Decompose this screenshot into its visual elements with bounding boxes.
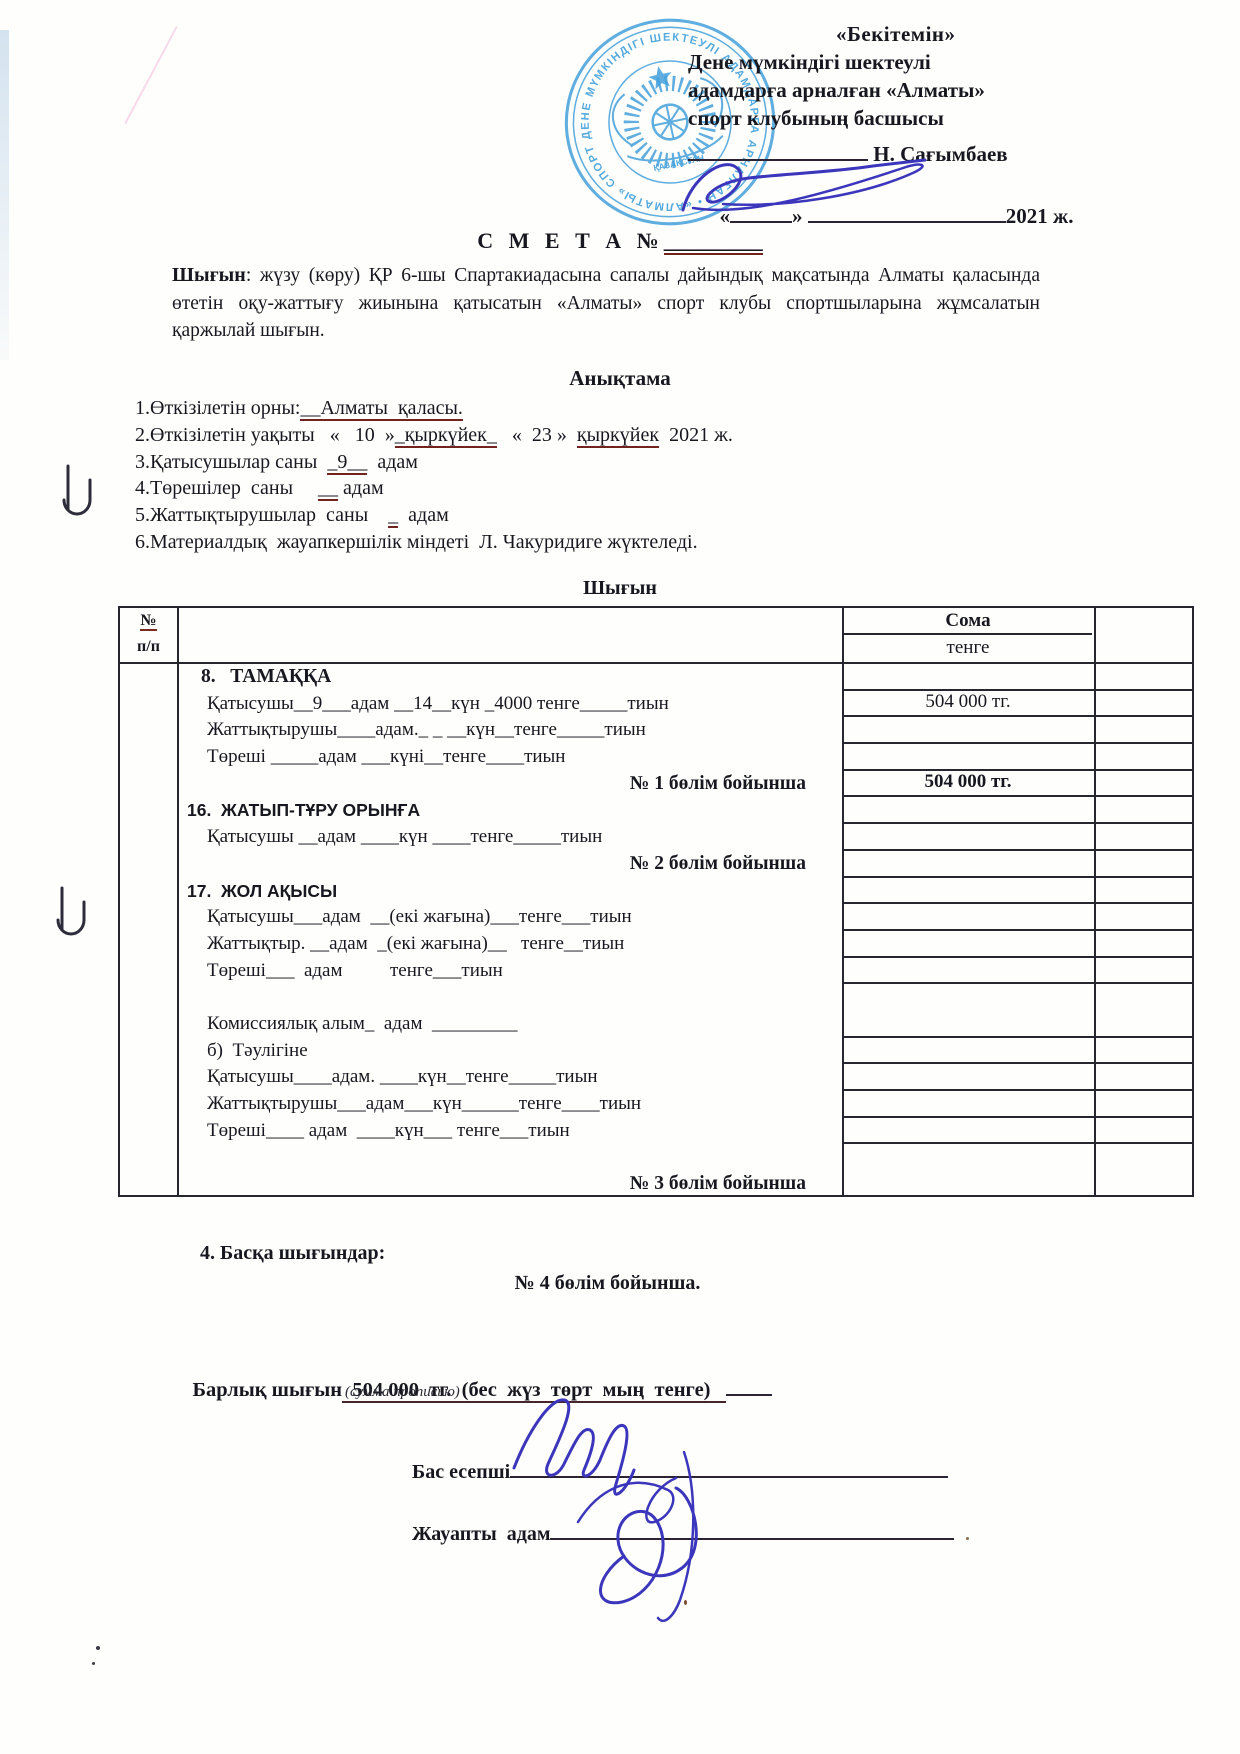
sum-cell [842, 664, 1192, 691]
sum-cell [842, 851, 1192, 878]
ref-item-tail: адам [398, 504, 449, 526]
ref-item-label: 3.Қатысушылар саны [135, 451, 327, 473]
approval-org-line3: спорт клубының басшысы [688, 104, 1168, 132]
ref-item-value: қыркүйек [577, 424, 659, 448]
num-header-line2: п/п [120, 634, 177, 660]
approval-label: «Бекітемін» [836, 20, 1168, 48]
total-label: Барлық шығын [193, 1379, 343, 1401]
chief-accountant-blank [510, 1455, 948, 1478]
table-row: Қатысушы__9___адам __14__күн _4000 тенге… [179, 691, 840, 718]
table-row: Жаттықтырушы___адам___күн______тенге____… [179, 1091, 840, 1118]
reference-heading: Анықтама [0, 366, 1240, 391]
total-trailing-blank [726, 1373, 772, 1396]
total-line: Барлық шығын 504 000 тг. (бес жүз төрт м… [172, 1350, 772, 1425]
column-header-num: № п/п [120, 608, 177, 662]
approval-signature-line: Н. Сағымбаев [688, 138, 1168, 168]
sum-cell [842, 984, 1192, 1011]
intro-lead: Шығын [172, 264, 246, 286]
sum-cell [842, 824, 1192, 851]
ref-item-judges: 4.Төрешілер саны __ адам [135, 475, 733, 502]
table-row: Төреші _____адам ___күні__тенге____тиын [179, 744, 840, 771]
ref-item-venue: 1.Өткізілетін орны:__Алматы қаласы. [135, 395, 733, 422]
title-text: С М Е Т А № [477, 228, 664, 253]
table-row: Қатысушы __адам ____күн ____тенге_____ти… [179, 824, 840, 851]
ref-item-value: __Алматы қаласы. [300, 397, 462, 421]
table-row: 17. ЖОЛ АҚЫСЫ [179, 878, 840, 905]
date-day-blank [730, 200, 792, 223]
table-row-blank [179, 1144, 840, 1171]
table-row: Төреші____ адам ____күн___ тенге___тиын [179, 1118, 840, 1145]
section4-total-label: № 4 бөлім бойынша. [0, 1272, 1215, 1295]
table-row: б) Тәулігіне [179, 1038, 840, 1065]
sum-column-grid [842, 664, 1192, 1198]
responsible-person-line: Жауапты адам [392, 1494, 954, 1569]
sum-cell [842, 1091, 1192, 1118]
total-note: (сумма прописью) [345, 1384, 460, 1401]
document-title: С М Е Т А №_________ [0, 228, 1240, 254]
approval-org-line1: Дене мүмкіндігі шектеулі [688, 48, 1168, 76]
sum-cell [842, 1144, 1192, 1171]
sum-header-label: Сома [844, 608, 1092, 635]
table-row: Қатысушы___адам __(екі жағына)___тенге__… [179, 904, 840, 931]
table-row-blank [179, 984, 840, 1011]
scan-speck [966, 1537, 969, 1540]
sum-cell [842, 904, 1192, 931]
scan-edge-artifact [0, 30, 9, 360]
reference-list: 1.Өткізілетін орны:__Алматы қаласы. 2.Өт… [135, 395, 733, 556]
table-row: Жаттықтыр. __адам _(екі жағына)__ тенге_… [179, 931, 840, 958]
column-header-sum: Сома тенге [844, 608, 1192, 662]
ref-item-label: 5.Жаттықтырушылар саны [135, 504, 388, 526]
responsible-label: Жауапты адам [412, 1523, 550, 1545]
intro-paragraph: Шығын: жүзу (көру) ҚР 6-шы Спартакиадасы… [172, 262, 1040, 345]
ref-item-label: 1.Өткізілетін орны: [135, 397, 300, 419]
num-header-line1: № [140, 612, 156, 631]
ref-item-value: _9__ [327, 451, 367, 475]
ref-item-dates: 2.Өткізілетін уақыты « 10 »_қыркүйек_ « … [135, 422, 733, 449]
table-row: Комиссиялық алым_ адам _________ [179, 1011, 840, 1038]
sum-cell [842, 1038, 1192, 1065]
title-number-blank: _________ [664, 228, 763, 255]
sum-cell [842, 1171, 1192, 1198]
sum-unit-label: тенге [844, 635, 1092, 662]
table-row: Жаттықтырушы____адам._ _ __күн__тенге___… [179, 717, 840, 744]
ref-item-value: _ [388, 504, 398, 528]
date-close-quote: » [792, 204, 803, 228]
ref-item-value: __ [318, 477, 338, 501]
table-row-section-total: № 2 бөлім бойынша [179, 851, 840, 878]
ref-item-tail: 2021 ж. [659, 424, 733, 446]
scan-speck [92, 1662, 95, 1665]
ref-item-responsibility: 6.Материалдық жауапкершілік міндеті Л. Ч… [135, 529, 733, 556]
sum-cell [842, 931, 1192, 958]
sum-cell [842, 1011, 1192, 1038]
sum-food-value: 504 000 тг. [842, 689, 1094, 715]
ref-item-value: _қыркүйек_ [395, 424, 497, 448]
sum-section1-value: 504 000 тг. [842, 769, 1094, 795]
sum-cell [842, 797, 1192, 824]
scan-speck [96, 1646, 100, 1650]
expense-table: № п/п Сома тенге 8. ТАМАҚҚА Қатысушы__9_… [118, 606, 1194, 1197]
table-row: 16. ЖАТЫП-ТҰРУ ОРЫНҒА [179, 797, 840, 824]
table-row-section-total: № 1 бөлім бойынша [179, 771, 840, 798]
margin-pen-mark [52, 884, 98, 946]
sum-cell [842, 717, 1192, 744]
ref-item-tail: адам [367, 451, 418, 473]
scanned-smeta-document: ДЕНЕ МҮМКІНДІГІ ШЕКТЕУЛІ АДАМДАРҒА АРНАЛ… [0, 0, 1240, 1754]
table-row: Төреші___ адам тенге___тиын [179, 958, 840, 985]
approval-block: «Бекітемін» Дене мүмкіндігі шектеулі ада… [688, 20, 1168, 258]
ref-item-mid: « 23 » [497, 424, 577, 446]
ref-item-label: 6.Материалдық жауапкершілік міндеті Л. Ч… [135, 531, 698, 553]
chief-accountant-label: Бас есепші [412, 1461, 510, 1483]
ref-item-coaches: 5.Жаттықтырушылар саны _ адам [135, 502, 733, 529]
date-month-blank [808, 200, 1006, 223]
sum-cell [842, 878, 1192, 905]
description-column: 8. ТАМАҚҚА Қатысушы__9___адам __14__күн … [179, 664, 840, 1198]
sum-cell [842, 1064, 1192, 1091]
ref-item-label: 4.Төрешілер саны [135, 477, 318, 499]
margin-pen-mark [58, 462, 104, 524]
date-year: 2021 ж. [1006, 204, 1074, 228]
scan-crease-artifact [124, 26, 177, 124]
sum-cell [842, 958, 1192, 985]
sum-cell [842, 744, 1192, 771]
table-row: Қатысушы____адам. ____күн__тенге_____тиы… [179, 1064, 840, 1091]
date-open-quote: « [720, 204, 731, 228]
sum-cell [842, 1118, 1192, 1145]
expense-heading: Шығын [0, 577, 1240, 600]
approval-org-line2: адамдарға арналған «Алматы» [688, 76, 1168, 104]
ref-item-label: 2.Өткізілетін уақыты « 10 » [135, 424, 395, 446]
other-expenses-title: 4. Басқа шығындар: [200, 1242, 385, 1265]
intro-text: : жүзу (көру) ҚР 6-шы Спартакиадасына са… [172, 265, 1040, 341]
ref-item-participants: 3.Қатысушылар саны _9__ адам [135, 449, 733, 476]
responsible-blank [550, 1517, 954, 1540]
scan-speck [684, 1600, 687, 1605]
ref-item-tail: адам [338, 477, 384, 499]
table-row: 8. ТАМАҚҚА [179, 664, 840, 691]
table-row-section-total: № 3 бөлім бойынша [179, 1171, 840, 1198]
signature-blank [688, 138, 868, 161]
approver-name: Н. Сағымбаев [868, 142, 1008, 166]
